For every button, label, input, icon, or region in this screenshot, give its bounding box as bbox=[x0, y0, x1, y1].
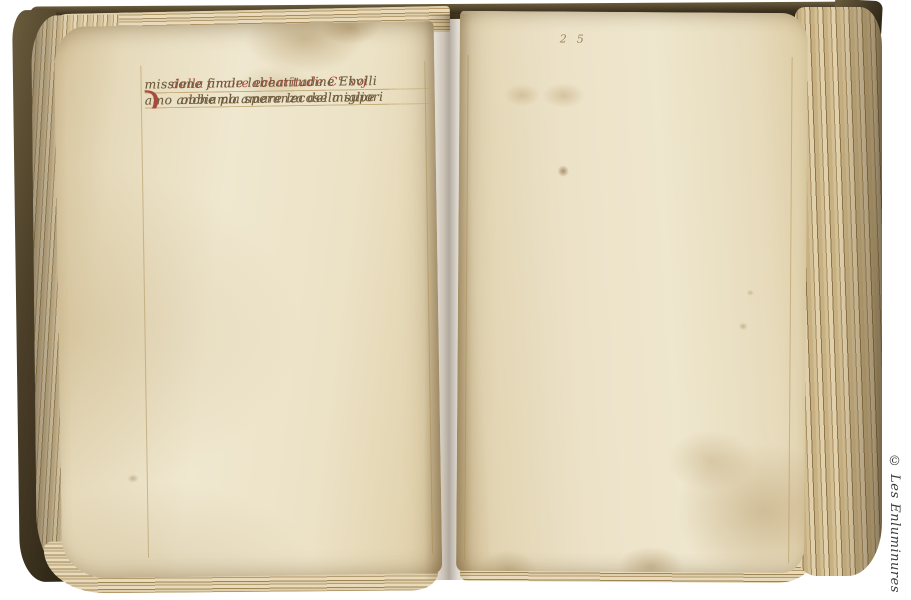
left-page: missione finale labeatitudine Ebolliamo … bbox=[54, 21, 443, 579]
manuscript-photo: missione finale labeatitudine Ebolliamo … bbox=[0, 0, 911, 600]
copyright-notice: © Les Enluminures bbox=[882, 454, 902, 600]
right-page-text-block: nona retto eghovernato edrizzatodalla sa… bbox=[470, 69, 792, 71]
left-page-margin-rule-left bbox=[140, 66, 149, 558]
left-page-margin-rule-right bbox=[424, 61, 433, 553]
right-page: 25 nona retto eghovernato edrizzatodalla… bbox=[456, 11, 808, 573]
right-page-margin-rule-left bbox=[464, 55, 469, 561]
right-page-margin-rule-right bbox=[788, 57, 793, 563]
manuscript-line: nona retto eghovernato edrizzato bbox=[470, 69, 751, 71]
left-page-text-block: missione finale labeatitudine Ebolliamo … bbox=[144, 73, 428, 108]
rubricated-initial: D bbox=[144, 88, 177, 109]
folio-number: 25 bbox=[560, 32, 620, 45]
right-page-lines: nona retto eghovernato edrizzatodalla sa… bbox=[470, 69, 751, 71]
fore-edge-page-stack bbox=[795, 7, 882, 576]
